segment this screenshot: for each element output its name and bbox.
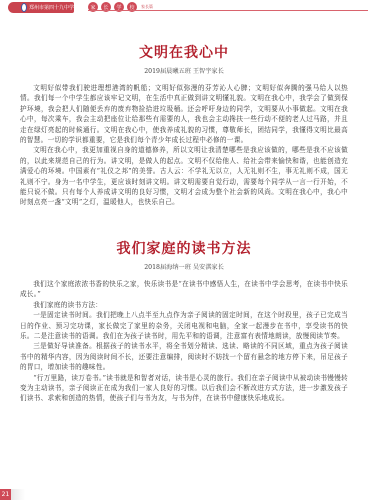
page-header: 郑州市第四十九中学 家 长 学 校 家长篇 [0,0,368,16]
article-paragraph: 文明好似带我们驶进理想港湾的帆船；文明好似弥漫的芬芳沁人心脾；文明好似奔腾的强马… [20,83,348,145]
article-paragraph: 一是固定读书时间。我们把晚上八点半至九点作为亲子阅读的固定时间，在这个时段里，孩… [20,310,348,341]
school-emblem-icon [21,3,27,12]
article-paragraph: “行万里路，读万卷书。”读书就是和智者对话，读书是心灵的旅行。我们在亲子阅读中从… [20,373,348,404]
article-paragraph: 我们这个家庭浓浓书香的快乐之家，快乐读书是“在读书中感悟人生，在读书中学会思考，… [20,279,348,300]
header-divider [88,10,368,11]
article-reading-methods: 我们家庭的读书方法 2018届海纳一班 吴安淇家长 我们这个家庭浓浓书香的快乐之… [20,238,348,404]
page-number-tab-shadow [11,489,25,500]
article-title: 我们家庭的读书方法 [20,238,348,258]
page-number: 21 [0,489,11,500]
article-title: 文明在我心中 [20,42,348,62]
school-name: 郑州市第四十九中学 [29,4,74,11]
article-paragraph: 文明在我心中，我更加重视自身的道德修养，所以文明让我清楚哪些是我应该做的，哪些是… [20,145,348,207]
article-paragraph: 我们家庭的读书方法： [20,300,348,310]
school-logo-badge: 郑州市第四十九中学 [8,2,74,13]
article-civility: 文明在我心中 2019届晨曦五班 王智宇家长 文明好似带我们驶进理想港湾的帆船；… [20,42,348,208]
article-byline: 2018届海纳一班 吴安淇家长 [20,262,348,271]
article-paragraph: 三是做好导读准备。根据孩子的读书水平，将全书划分精读、选读、略读的不同区域，重点… [20,341,348,372]
article-byline: 2019届晨曦五班 王智宇家长 [20,66,348,75]
